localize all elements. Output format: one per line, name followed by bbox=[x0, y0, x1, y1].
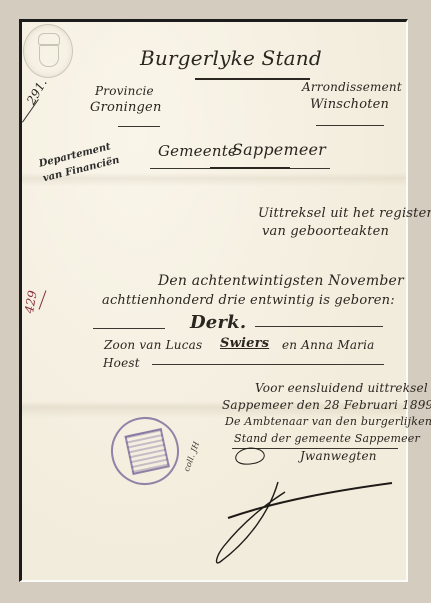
body-line-4-leader bbox=[152, 364, 384, 365]
province-underline bbox=[118, 126, 160, 127]
signature-flourish-icon bbox=[210, 440, 400, 570]
child-name-leader-left bbox=[93, 328, 165, 329]
district-underline bbox=[316, 125, 384, 126]
certification-line-3: De Ambtenaar van den burgerlijken bbox=[225, 415, 431, 428]
shield-icon bbox=[39, 45, 59, 67]
municipality-underline-bold bbox=[210, 167, 290, 169]
certification-line-1: Voor eensluidend uittreksel bbox=[255, 381, 428, 395]
municipality-value: Sappemeer bbox=[232, 140, 326, 159]
municipality-label: Gemeente bbox=[158, 142, 237, 160]
body-line-3-prefix: Zoon van Lucas bbox=[104, 338, 202, 352]
document-title: Burgerlyke Stand bbox=[140, 46, 322, 70]
child-name-leader-right bbox=[255, 326, 383, 327]
province-value: Groningen bbox=[90, 100, 162, 115]
body-line-2: achttienhonderd drie entwintig is gebore… bbox=[102, 293, 395, 308]
child-name: Derk. bbox=[190, 312, 246, 333]
district-label: Arrondissement bbox=[302, 80, 402, 94]
crown-icon bbox=[38, 33, 60, 45]
seal-emblem bbox=[124, 428, 169, 475]
section-title-line-2: van geboorteakten bbox=[262, 224, 389, 239]
title-underline bbox=[195, 78, 310, 80]
district-value: Winschoten bbox=[310, 97, 389, 112]
body-line-4: Hoest bbox=[103, 356, 140, 370]
father-surname: Swiers bbox=[220, 336, 269, 351]
province-label: Provincie bbox=[95, 84, 154, 98]
section-title-line-1: Uittreksel uit het register bbox=[258, 206, 431, 221]
body-line-3-suffix: en Anna Maria bbox=[282, 338, 375, 352]
body-line-1: Den achtentwintigsten November bbox=[158, 273, 404, 289]
embossed-coat-of-arms-icon bbox=[23, 24, 73, 78]
certification-line-2: Sappemeer den 28 Februari 1899 bbox=[222, 398, 431, 412]
